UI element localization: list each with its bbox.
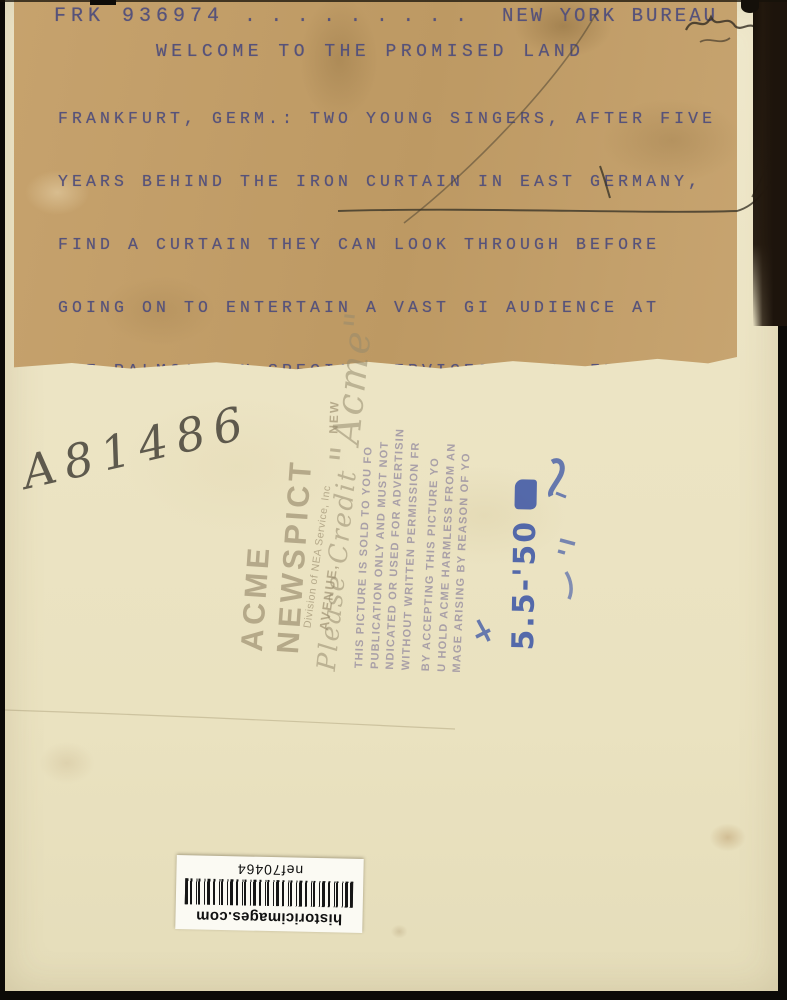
corner-dark-blob bbox=[741, 0, 759, 13]
barcode bbox=[185, 879, 354, 909]
top-edge bbox=[0, 0, 787, 2]
caption-header: FRK 936974 ......... NEW YORK BUREAU bbox=[54, 5, 718, 28]
caption-line: YEARS BEHIND THE IRON CURTAIN IN EAST GE… bbox=[58, 171, 730, 192]
usage-restriction-stamp: THIS PICTURE IS SOLD TO YOU FO PUBLICATI… bbox=[352, 363, 481, 673]
photo-id: FRK 936974 bbox=[54, 5, 224, 28]
caption-line: FRANKFURT, GERM.: TWO YOUNG SINGERS, AFT… bbox=[58, 108, 730, 129]
received-date-stamp: 5.5-'50 bbox=[500, 452, 549, 651]
ink-smudge bbox=[514, 480, 537, 510]
received-date-text: 5.5-'50 bbox=[505, 520, 542, 651]
separator-dots: ......... bbox=[224, 5, 502, 27]
caption-title: WELCOME TO THE PROMISED LAND bbox=[156, 42, 584, 62]
caption-line: FIND A CURTAIN THEY CAN LOOK THROUGH BEF… bbox=[58, 234, 730, 255]
sticker-code: nef70464 bbox=[237, 861, 304, 878]
top-edge-notch bbox=[90, 0, 116, 5]
sticker-website: historicimages.com bbox=[196, 907, 343, 927]
barcode-sticker: historicimages.com nef70464 bbox=[175, 855, 364, 933]
bureau-label: NEW YORK BUREAU bbox=[502, 5, 718, 27]
press-photo-verso: { "photo_back": { "header": { "photo_id"… bbox=[0, 0, 787, 1000]
photo-corner-shadow bbox=[753, 0, 787, 326]
caption-line: GOING ON TO ENTERTAIN A VAST GI AUDIENCE… bbox=[58, 297, 730, 318]
